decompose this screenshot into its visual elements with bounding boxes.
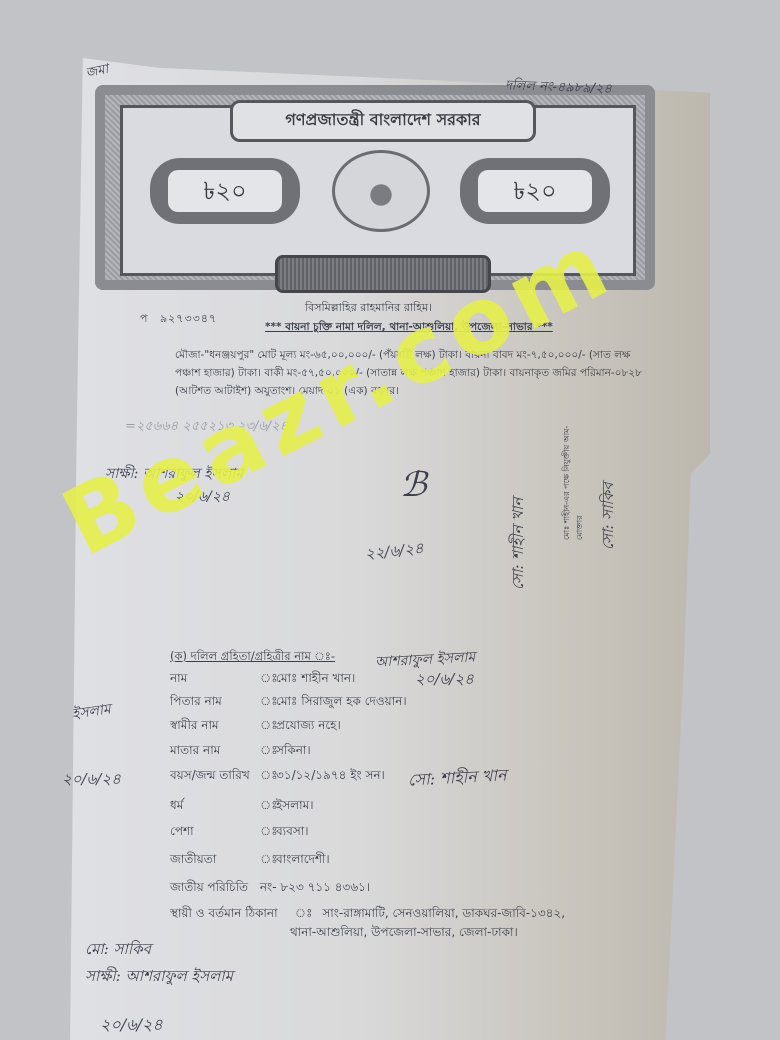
nid-value: নং- ৮২৩ ৭১১ ৪৩৬১। <box>260 880 370 894</box>
stamp-header: গণপ্রজাতন্ত্রী বাংলাদেশ সরকার <box>230 100 536 142</box>
field-value: ইসলাম। <box>276 798 314 812</box>
receiver-field-row: ধর্মঃইসলাম। <box>170 797 314 817</box>
deed-number: দলিল নং-৪৯৮৯/২৪ <box>505 76 612 101</box>
serial-prefix: প <box>140 310 147 329</box>
field-separator: ঃ <box>260 717 276 737</box>
address-line-1: সাং-রাঙ্গামাটি, সেনওয়ালিয়া, ডাকঘর-জাবি… <box>322 906 565 920</box>
bottom-date: ২০/৬/২৪ <box>100 1012 163 1039</box>
field-value: মোঃ সিরাজুল হক দেওয়ান। <box>276 694 407 708</box>
field-value: ব্যবসা। <box>276 824 309 838</box>
receiver-field-row: পেশাঃব্যবসা। <box>170 823 309 843</box>
receiver-field-row: স্বামীর নামঃপ্রযোজ্য নহে। <box>170 717 341 737</box>
address-row: স্থায়ী ও বর্তমান ঠিকানা ঃ সাং-রাঙ্গামাট… <box>170 905 565 925</box>
receiver-witness-date: ২০/৬/২৪ <box>415 668 474 693</box>
field-value: ৩১/১২/১৯৭৪ ইং সন। <box>276 768 385 782</box>
bottom-signature-1: মো: সাকিব <box>85 938 151 963</box>
field-label: পেশা <box>170 823 260 843</box>
receiver-field-row: জাতীয়তাঃবাংলাদেশী। <box>170 851 330 871</box>
field-label: নাম <box>170 670 260 690</box>
bottom-signature-2: সাক্ষী: আশরাফুল ইসলাম <box>85 965 233 990</box>
field-separator: ঃ <box>260 823 276 843</box>
field-value: বাংলাদেশী। <box>276 852 330 866</box>
field-label: মাতার নাম <box>170 742 260 762</box>
field-label: ধর্ম <box>170 797 260 817</box>
receiver-field-row: মাতার নামঃসকিনা। <box>170 742 311 762</box>
serial-number: ৯২৭৩৩৪৭ <box>160 310 217 329</box>
nid-row: জাতীয় পরিচিতি নং- ৮২৩ ৭১১ ৪৩৬১। <box>170 879 370 899</box>
field-label: পিতার নাম <box>170 693 260 713</box>
field-value: প্রযোজ্য নহে। <box>276 718 341 732</box>
field-label: স্বামীর নাম <box>170 717 260 737</box>
left-margin-date: ২০/৬/২৪ <box>62 768 121 793</box>
field-separator: ঃ <box>260 851 276 871</box>
field-separator: ঃ <box>260 670 276 690</box>
field-label: বয়স/জন্ম তারিখ <box>170 767 260 787</box>
address-line-2: থানা-আশুলিয়া, উপজেলা-সাভার, জেলা-ঢাকা। <box>290 924 518 944</box>
receiver-signature: সো: শাহীন খান <box>407 762 507 794</box>
vertical-signature-2: সো: সাকিব <box>595 420 620 550</box>
vertical-stamp-text: মোঃ শাহীন-এর পক্ষে নিযুক্তীয় আম-মোক্তার <box>560 410 586 540</box>
field-separator: ঃ <box>260 742 276 762</box>
denomination-right: ৳২০ <box>460 158 610 224</box>
field-separator: ঃ <box>260 797 276 817</box>
receiver-heading: (ক) দলিল গ্রহিতা/গ্রহিত্রীর নাম ঃ- <box>170 648 335 667</box>
bangladesh-emblem-icon <box>332 150 430 232</box>
field-label: জাতীয়তা <box>170 851 260 871</box>
denomination-left: ৳২০ <box>150 158 300 224</box>
receiver-field-row: বয়স/জন্ম তারিখঃ৩১/১২/১৯৭৪ ইং সন। <box>170 767 385 787</box>
field-separator: ঃ <box>260 693 276 713</box>
receiver-field-row: পিতার নামঃমোঃ সিরাজুল হক দেওয়ান। <box>170 693 407 713</box>
initial-signature: ℬ <box>400 465 427 505</box>
vertical-signature-1: সো: শাহীন খান <box>505 410 530 590</box>
field-value: সকিনা। <box>276 743 311 757</box>
receiver-field-row: নামঃমোঃ শাহীন খান। <box>170 670 355 690</box>
field-value: মোঃ শাহীন খান। <box>276 671 355 685</box>
field-separator: ঃ <box>260 767 276 787</box>
